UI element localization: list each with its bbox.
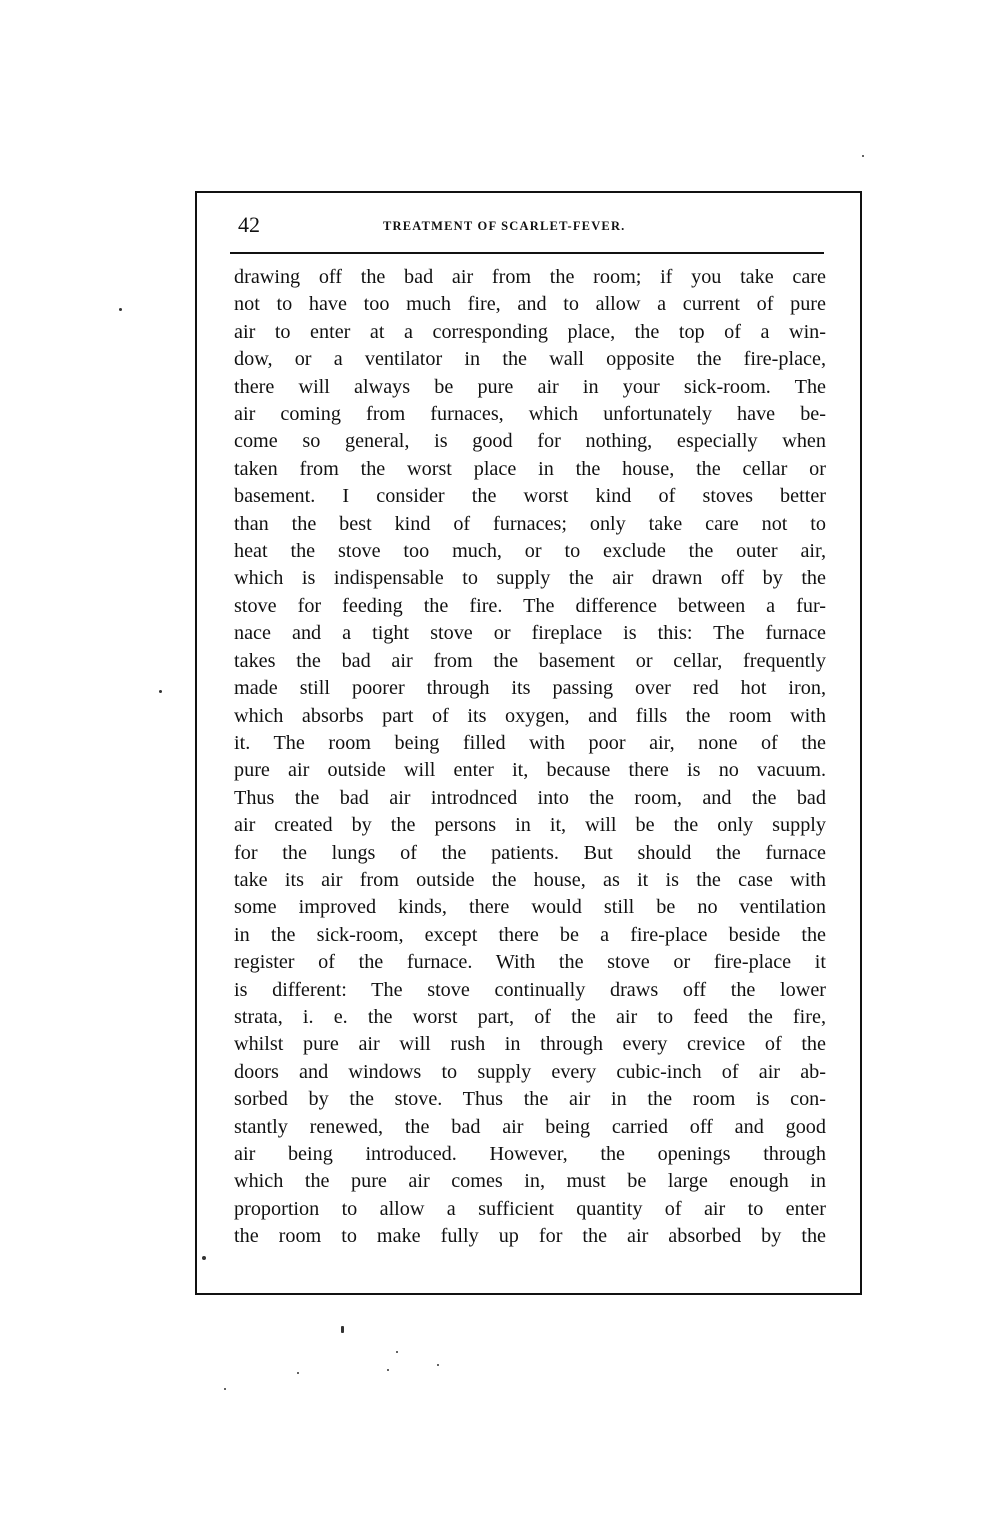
text-line: stantly renewed, the bad air being carri…: [234, 1114, 826, 1141]
text-line: register of the furnace. With the stove …: [234, 949, 826, 976]
text-line: which absorbs part of its oxygen, and fi…: [234, 703, 826, 730]
scan-speck: [862, 155, 864, 157]
scan-speck: [297, 1372, 299, 1374]
running-head: TREATMENT OF SCARLET-FEVER.: [383, 219, 626, 234]
text-line: taken from the worst place in the house,…: [234, 456, 826, 483]
text-line: which the pure air comes in, must be lar…: [234, 1168, 826, 1195]
text-line: drawing off the bad air from the room; i…: [234, 264, 826, 291]
text-line: the room to make fully up for the air ab…: [234, 1223, 826, 1250]
scan-speck: [387, 1369, 389, 1371]
text-line: stove for feeding the fire. The differen…: [234, 593, 826, 620]
text-line: Thus the bad air introdnced into the roo…: [234, 785, 826, 812]
text-line: pure air outside will enter it, because …: [234, 757, 826, 784]
text-line: doors and windows to supply every cubic-…: [234, 1059, 826, 1086]
text-line: some improved kinds, there would still b…: [234, 894, 826, 921]
scan-speck: [396, 1351, 398, 1353]
text-line: there will always be pure air in your si…: [234, 374, 826, 401]
scan-speck: [224, 1388, 226, 1390]
text-line: air being introduced. However, the openi…: [234, 1141, 826, 1168]
text-line: not to have too much fire, and to allow …: [234, 291, 826, 318]
text-line: air to enter at a corresponding place, t…: [234, 319, 826, 346]
scan-speck: [119, 308, 122, 311]
text-line: whilst pure air will rush in through eve…: [234, 1031, 826, 1058]
scan-speck: [341, 1326, 344, 1333]
scan-speck: [437, 1364, 439, 1366]
text-line: air created by the persons in it, will b…: [234, 812, 826, 839]
text-line: take its air from outside the house, as …: [234, 867, 826, 894]
text-line: nace and a tight stove or fireplace is t…: [234, 620, 826, 647]
text-line: is different: The stove continually draw…: [234, 977, 826, 1004]
page-header: 42 TREATMENT OF SCARLET-FEVER.: [238, 212, 824, 242]
text-line: dow, or a ventilator in the wall opposit…: [234, 346, 826, 373]
scan-speck: [202, 1256, 206, 1260]
text-line: air coming from furnaces, which unfortun…: [234, 401, 826, 428]
text-line: it. The room being filled with poor air,…: [234, 730, 826, 757]
text-line: in the sick-room, except there be a fire…: [234, 922, 826, 949]
header-rule: [230, 252, 824, 254]
text-line: sorbed by the stove. Thus the air in the…: [234, 1086, 826, 1113]
text-line: basement. I consider the worst kind of s…: [234, 483, 826, 510]
text-line: than the best kind of furnaces; only tak…: [234, 511, 826, 538]
text-line: proportion to allow a sufficient quantit…: [234, 1196, 826, 1223]
text-line: for the lungs of the patients. But shoul…: [234, 840, 826, 867]
body-text: drawing off the bad air from the room; i…: [234, 264, 826, 1251]
text-line: which is indispensable to supply the air…: [234, 565, 826, 592]
text-line: heat the stove too much, or to exclude t…: [234, 538, 826, 565]
text-line: made still poorer through its passing ov…: [234, 675, 826, 702]
text-line: takes the bad air from the basement or c…: [234, 648, 826, 675]
text-line: strata, i. e. the worst part, of the air…: [234, 1004, 826, 1031]
text-line: come so general, is good for nothing, es…: [234, 428, 826, 455]
page-number: 42: [238, 212, 260, 238]
scan-speck: [159, 690, 162, 693]
